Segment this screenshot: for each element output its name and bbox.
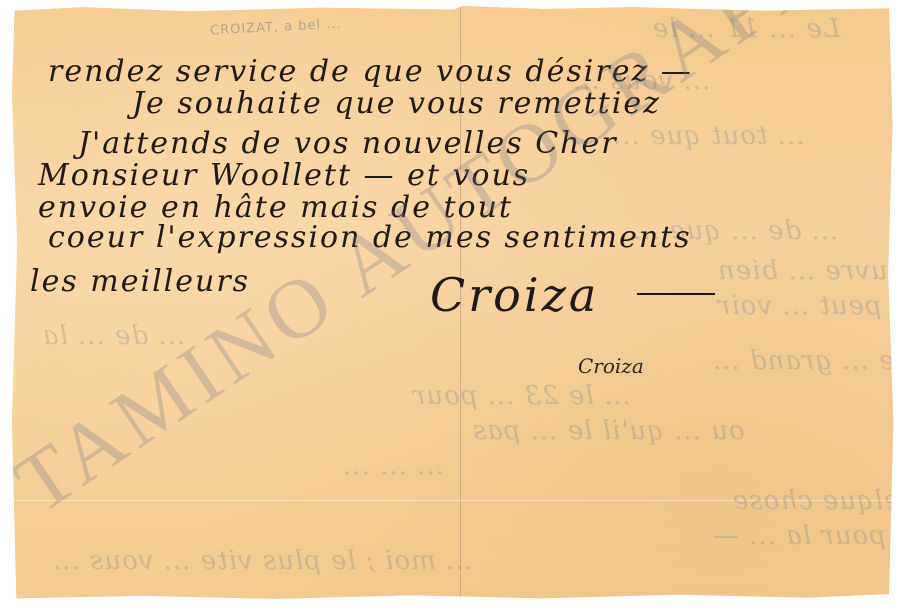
signature-flourish [637, 293, 715, 295]
bleed-through-text: pour la ... — [712, 521, 886, 551]
signature-pencil-note: Croiza [578, 354, 644, 378]
bleed-through-text: le ... grand ... [712, 346, 900, 376]
bleed-through-text: peut ... voir [717, 291, 882, 321]
bleed-through-text: ... ... ... [342, 451, 444, 481]
signature: Croiza [430, 268, 599, 322]
bleed-through-text: pauvre ... bien [717, 256, 900, 286]
bleed-through-text: ... le 23 ... pour [412, 381, 631, 411]
bleed-through-text: ... moi ; le plus vite ... vous ... [52, 546, 473, 576]
letter-sheet: Le ... 11 ... le ... vous ... ... tout q… [12, 6, 896, 600]
letter-line: les meilleurs [30, 264, 250, 299]
pencil-annotation: CROIZAT, a bel ... [210, 17, 342, 39]
bleed-through-text: ou ... qu'il le ... pas [472, 416, 745, 446]
bleed-through-text: quelque chose [732, 486, 900, 516]
